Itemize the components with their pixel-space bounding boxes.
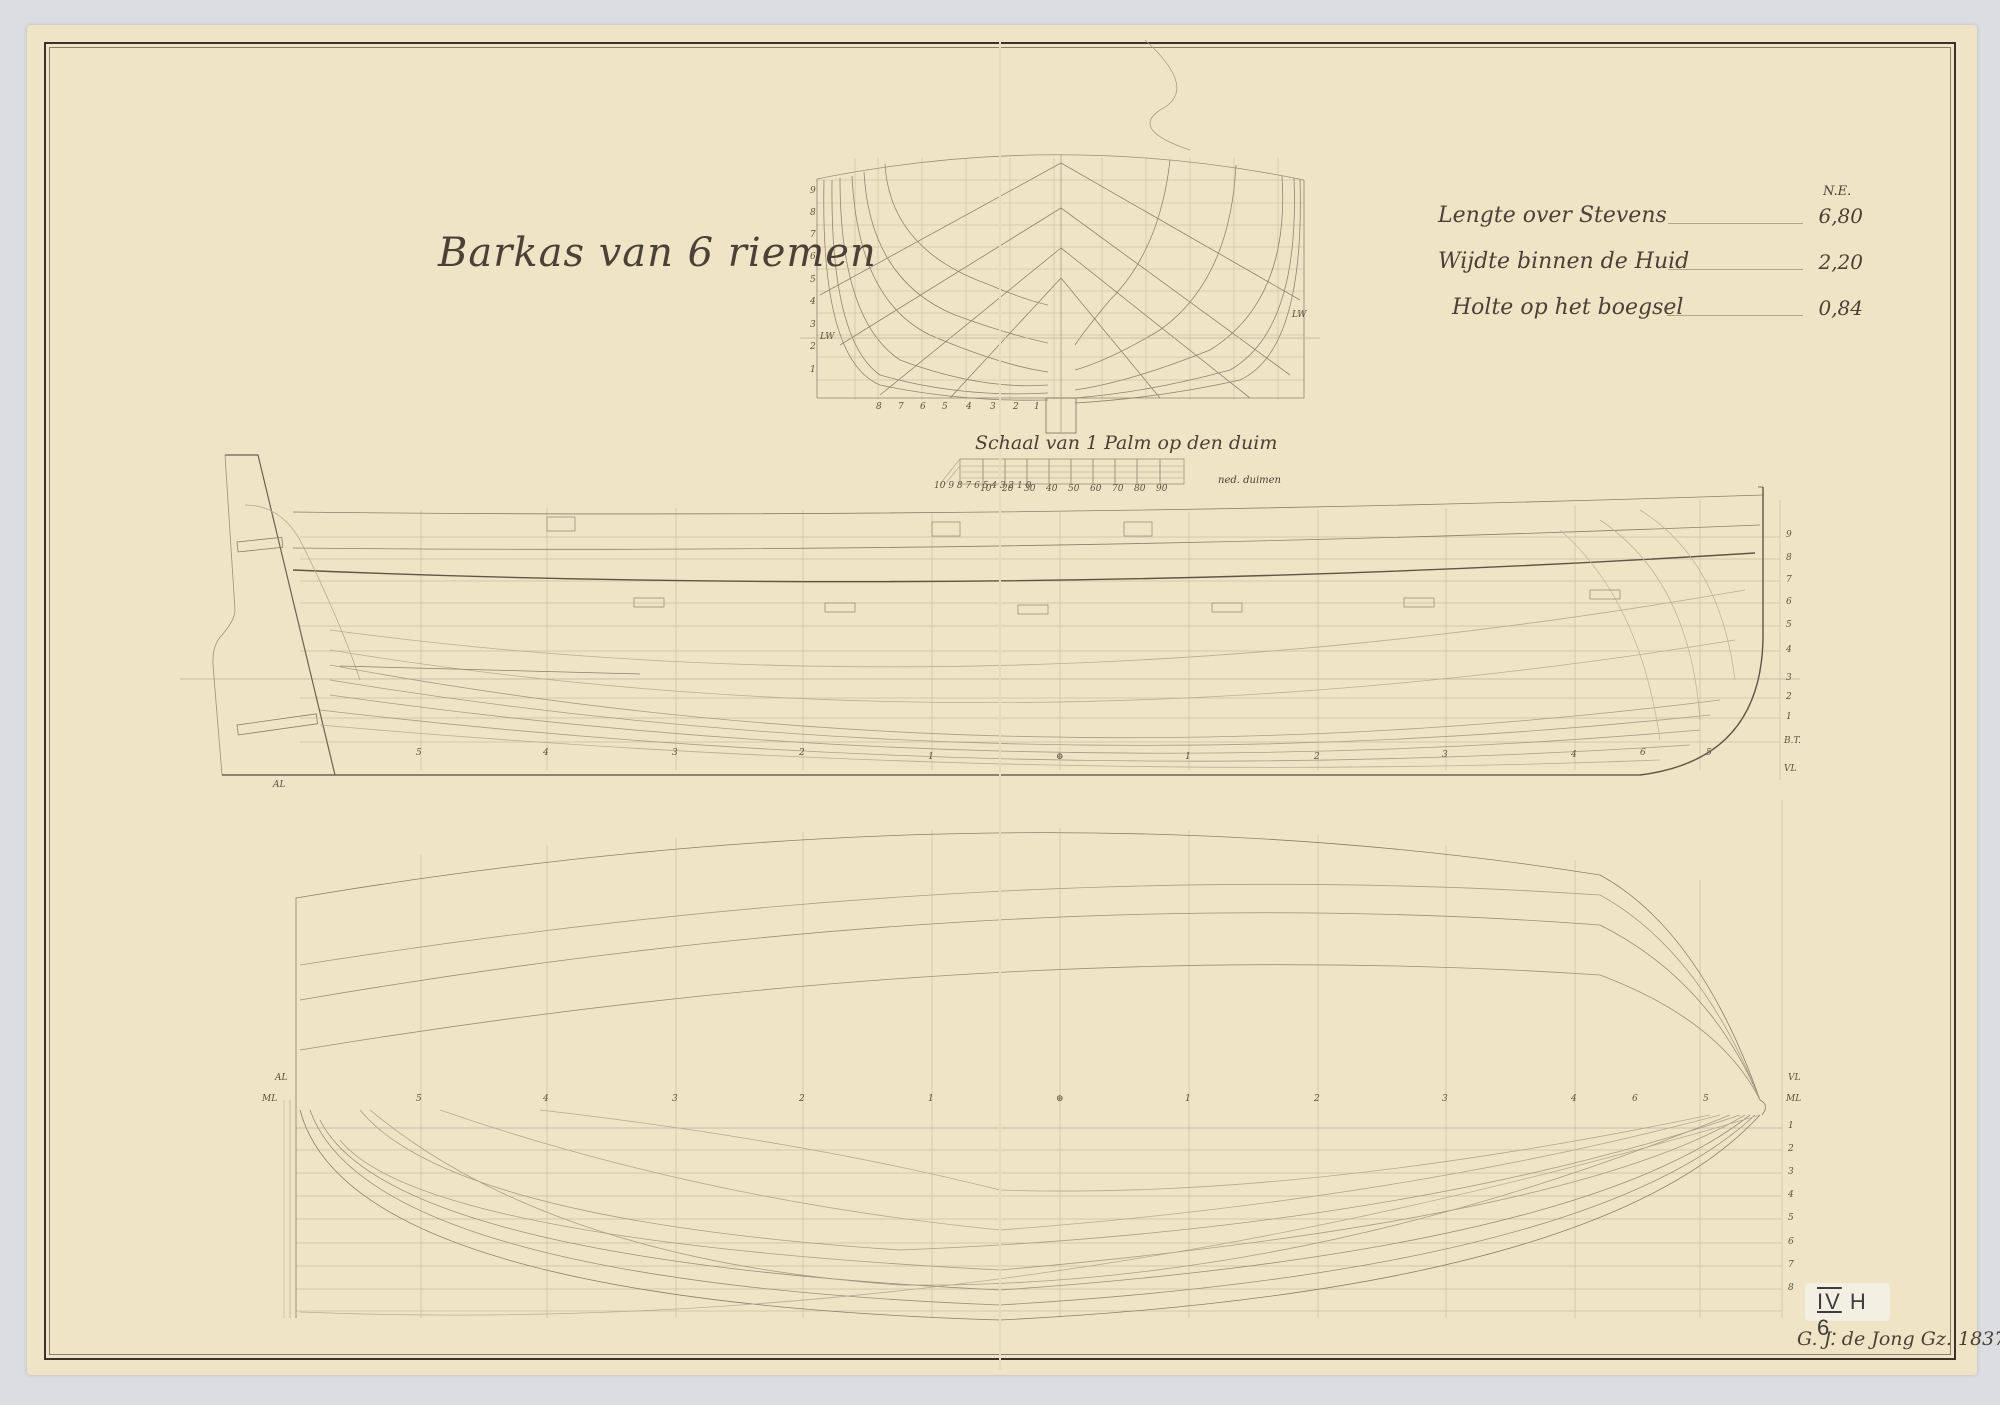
- waterline-number: 9: [1786, 530, 1792, 540]
- station-number: ⊕: [1056, 1094, 1064, 1104]
- station-number: 4: [543, 748, 549, 758]
- waterline-number: 7: [810, 230, 816, 240]
- station-number: ⊕: [1056, 752, 1064, 762]
- waterline-number: 6: [1786, 597, 1792, 607]
- profile-view: [180, 455, 1800, 780]
- station-number: 5: [942, 402, 948, 412]
- buttock-number: 8: [1788, 1283, 1794, 1293]
- waterline-label: LW: [820, 332, 834, 342]
- station-number: 5: [416, 748, 422, 758]
- waterline-number: 7: [1786, 575, 1792, 585]
- scale-tick-label: 40: [1046, 484, 1057, 494]
- waterline-number: B.T.: [1784, 736, 1801, 746]
- station-number: 3: [672, 1094, 678, 1104]
- station-number: 2: [1314, 1094, 1320, 1104]
- fwd-perpendicular-label: VL: [1788, 1073, 1800, 1083]
- spec-leader-line: [1667, 315, 1803, 316]
- archive-label-card: IV H 6.: [1805, 1283, 1890, 1321]
- station-number: 2: [1314, 752, 1320, 762]
- station-number: 1: [928, 1094, 934, 1104]
- spec-label: Lengte over Stevens: [1438, 203, 1667, 228]
- buttock-number: 4: [1788, 1190, 1794, 1200]
- station-number: 4: [543, 1094, 549, 1104]
- station-number: 2: [799, 748, 805, 758]
- waterline-label: LW: [1292, 310, 1306, 320]
- station-number: 5: [416, 1094, 422, 1104]
- station-number: 1: [1034, 402, 1040, 412]
- station-number: 3: [1442, 750, 1448, 760]
- scale-unit-label: ned. duimen: [1218, 475, 1281, 486]
- station-number: 6: [920, 402, 926, 412]
- spec-label: Holte op het boegsel: [1452, 295, 1683, 320]
- spec-value: 6,80: [1818, 204, 1863, 228]
- archive-label-roman: IV: [1817, 1289, 1842, 1314]
- buttock-number: 5: [1788, 1213, 1794, 1223]
- station-number: 7: [898, 402, 904, 412]
- waterline-number: 5: [810, 275, 816, 285]
- scale-tick-label: 10: [980, 484, 991, 494]
- spec-label: Wijdte binnen de Huid: [1438, 249, 1689, 274]
- station-number: 4: [1571, 750, 1577, 760]
- spec-row-width: Wijdte binnen de Huid 2,20: [1438, 242, 1863, 278]
- aft-perpendicular-label: AL: [273, 780, 285, 790]
- waterline-number: 1: [810, 365, 816, 375]
- station-number: 8: [876, 402, 882, 412]
- buttock-number: 1: [1788, 1121, 1794, 1131]
- station-number: 3: [672, 748, 678, 758]
- station-number: 5: [1706, 748, 1712, 758]
- half-breadth-view: [284, 800, 1782, 1320]
- station-number: 3: [990, 402, 996, 412]
- station-number: 4: [1571, 1094, 1577, 1104]
- station-number: 1: [928, 752, 934, 762]
- station-number: 5: [1703, 1094, 1709, 1104]
- waterline-number: 8: [810, 208, 816, 218]
- spec-row-length: Lengte over Stevens 6,80: [1438, 196, 1863, 232]
- spec-leader-line: [1668, 223, 1803, 224]
- waterline-number: 4: [1786, 645, 1792, 655]
- scale-tick-label: 20: [1002, 484, 1013, 494]
- baseline-label: VL: [1784, 764, 1796, 774]
- station-number: 1: [1185, 1094, 1191, 1104]
- scale-tick-label: 30: [1024, 484, 1035, 494]
- waterline-number: 6: [810, 252, 816, 262]
- buttock-number: 3: [1788, 1167, 1794, 1177]
- spec-row-depth: Holte op het boegsel 0,84: [1452, 288, 1863, 324]
- waterline-number: 5: [1786, 620, 1792, 630]
- centerline-label: ML: [262, 1094, 277, 1104]
- buttock-number: 7: [1788, 1260, 1794, 1270]
- waterline-number: 4: [810, 297, 816, 307]
- aft-perpendicular-label: AL: [275, 1073, 287, 1083]
- waterline-number: 1: [1786, 712, 1792, 722]
- body-plan: [800, 155, 1320, 433]
- scale-tick-label: 60: [1090, 484, 1101, 494]
- spec-value: 0,84: [1818, 296, 1863, 320]
- station-number: 2: [1013, 402, 1019, 412]
- signature: G. J. de Jong Gz. 1837: [1797, 1328, 2000, 1350]
- scale-title: Schaal van 1 Palm op den duim: [975, 432, 1277, 454]
- scale-tick-label: 50: [1068, 484, 1079, 494]
- scale-tick-label: 80: [1134, 484, 1145, 494]
- buttock-number: 6: [1788, 1237, 1794, 1247]
- waterline-number: 2: [1786, 692, 1792, 702]
- waterline-number: 9: [810, 186, 816, 196]
- scale-tick-label: 70: [1112, 484, 1123, 494]
- waterline-number: 3: [810, 320, 816, 330]
- station-number: 2: [799, 1094, 805, 1104]
- station-number: 1: [1185, 752, 1191, 762]
- scale-tick-label: 90: [1156, 484, 1167, 494]
- waterline-number: 3: [1786, 673, 1792, 683]
- station-number: 3: [1442, 1094, 1448, 1104]
- spec-value: 2,20: [1818, 250, 1863, 274]
- centerline-label: ML: [1786, 1094, 1801, 1104]
- station-number: 6: [1640, 748, 1646, 758]
- buttock-number: 2: [1788, 1144, 1794, 1154]
- station-number: 6: [1632, 1094, 1638, 1104]
- waterline-number: 8: [1786, 553, 1792, 563]
- spec-leader-line: [1668, 269, 1803, 270]
- station-number: 4: [966, 402, 972, 412]
- waterline-number: 2: [810, 342, 816, 352]
